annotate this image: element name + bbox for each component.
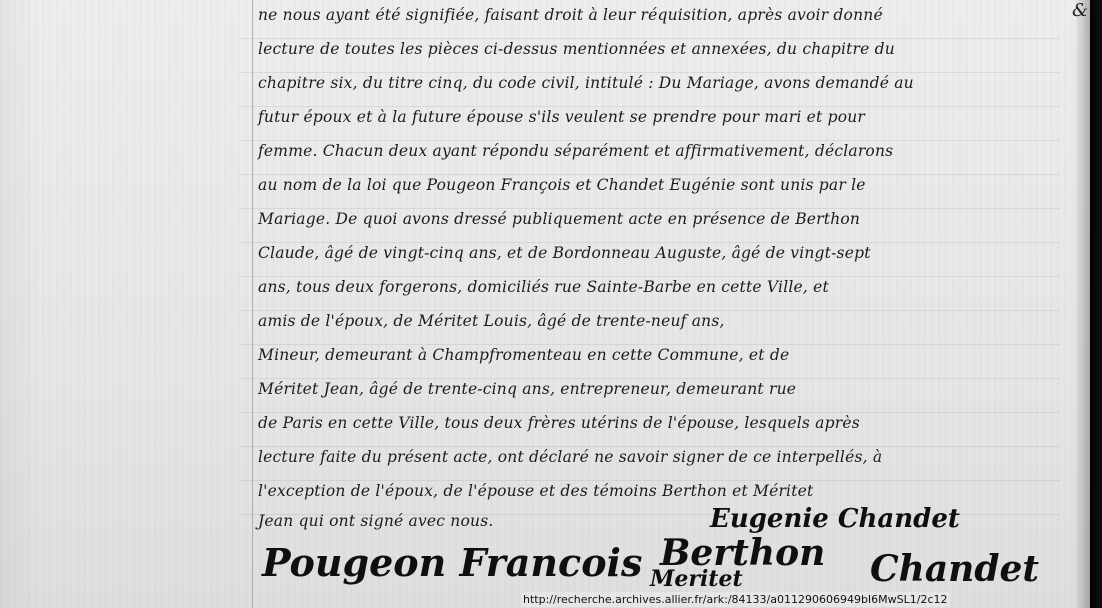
signature-pougeon-francois: Pougeon Francois (262, 540, 642, 585)
page-edge-shadow (1074, 0, 1102, 608)
signature-eugenie: Eugenie Chandet (710, 504, 960, 534)
text-line: Claude, âgé de vingt-cinq ans, et de Bor… (258, 238, 1070, 268)
text-line: au nom de la loi que Pougeon François et… (258, 170, 1070, 200)
text-line: amis de l'époux, de Méritet Louis, âgé d… (258, 306, 1070, 336)
text-line: lecture faite du présent acte, ont décla… (258, 442, 1070, 472)
text-line: l'exception de l'époux, de l'épouse et d… (258, 476, 1070, 506)
margin-line (252, 0, 253, 608)
text-line: ans, tous deux forgerons, domiciliés rue… (258, 272, 1070, 302)
text-line: Mineur, demeurant à Champfromenteau en c… (258, 340, 1070, 370)
text-line: femme. Chacun deux ayant répondu séparém… (258, 136, 1070, 166)
text-line: de Paris en cette Ville, tous deux frère… (258, 408, 1070, 438)
text-line: chapitre six, du titre cinq, du code civ… (258, 68, 1070, 98)
text-line: ne nous ayant été signifiée, faisant dro… (258, 0, 1070, 30)
signature-meritet: Meritet (650, 566, 743, 592)
signature-chandet: Chandet (870, 548, 1039, 590)
text-line: Méritet Jean, âgé de trente-cinq ans, en… (258, 374, 1070, 404)
document-page: & ne nous ayant été signifiée, faisant d… (0, 0, 1090, 608)
text-line: Mariage. De quoi avons dressé publiqueme… (258, 204, 1070, 234)
archive-url: http://recherche.archives.allier.fr/ark:… (521, 592, 950, 607)
text-line: lecture de toutes les pièces ci-dessus m… (258, 34, 1070, 64)
text-line: futur époux et à la future épouse s'ils … (258, 102, 1070, 132)
